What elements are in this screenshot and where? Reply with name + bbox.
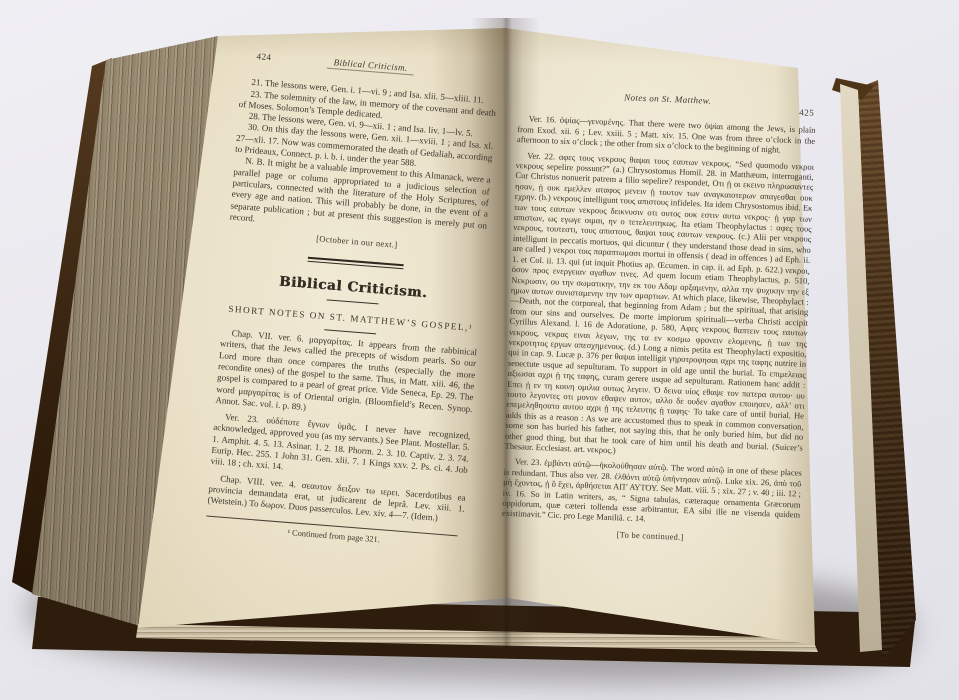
short-rule xyxy=(324,329,376,334)
paragraph: Chap. VII. ver. 6. μαργαρίτας. It appear… xyxy=(215,327,477,426)
right-page-text: Notes on St. Matthew. 425 Ver. 16. ὀψίας… xyxy=(501,88,817,556)
paragraph: Ver. 22. αφες τους νεκρους θαψαι τους εα… xyxy=(504,150,814,463)
right-notes: Ver. 16. ὀψίας—γενομένης. That there wer… xyxy=(501,113,816,547)
paragraph: Ver. 16. ὀψίας—γενομένης. That there wer… xyxy=(517,113,816,156)
paragraph: Ver. 23. ἐμβάντι αὐτῷ—ἠκολούθησαν αὐτῷ. … xyxy=(502,456,802,530)
left-page-number: 424 xyxy=(256,51,272,63)
section-title: Biblical Criticism. xyxy=(225,273,482,304)
left-page-text: 424 Biblical Criticism. 21. The lessons … xyxy=(204,50,499,560)
left-notes: Chap. VII. ver. 6. μαργαρίτας. It appear… xyxy=(207,327,477,526)
short-rule xyxy=(326,299,378,304)
right-page-number: 425 xyxy=(799,107,814,118)
paragraph: [To be continued.] xyxy=(501,525,799,547)
section-divider-rule xyxy=(307,257,403,270)
almanack-entries: 21. The lessons were, Gen. i. 1—vi. 9 ; … xyxy=(229,76,497,243)
